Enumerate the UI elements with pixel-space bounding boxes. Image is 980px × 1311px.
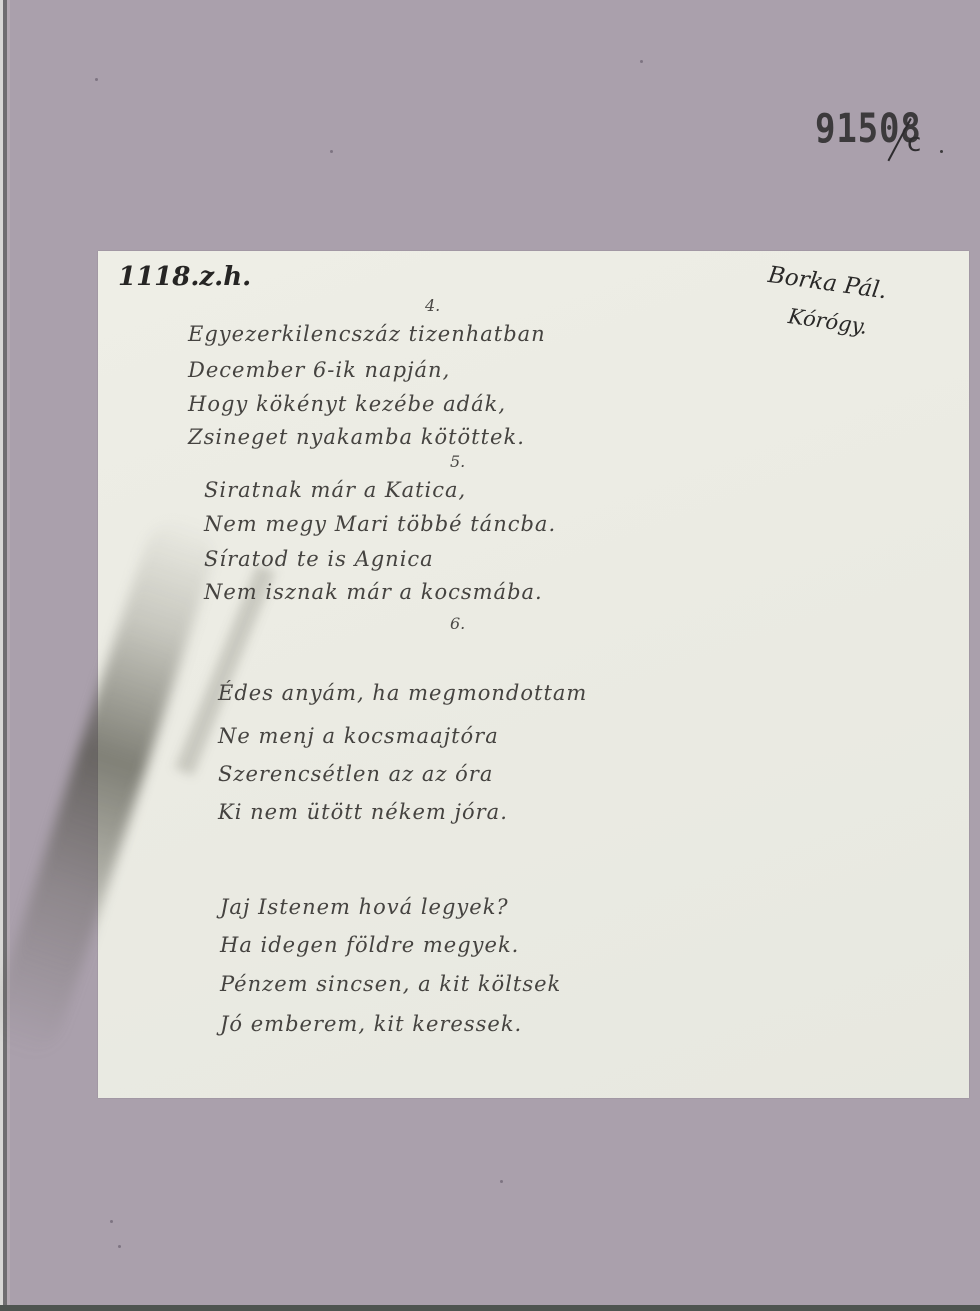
verse-line: Jaj Istenem hová legyek? xyxy=(220,895,509,919)
paper-speck xyxy=(330,150,333,153)
paper-speck xyxy=(500,1180,503,1183)
collection-reference: 1118.z.h. xyxy=(118,262,251,292)
paper-speck xyxy=(118,1245,121,1248)
stanza-number: 5. xyxy=(450,452,465,471)
verse-line: Nem isznak már a kocsmába. xyxy=(204,580,543,604)
verse-line: Ne menj a kocsmaajtóra xyxy=(218,724,499,748)
verse-line: Ha idegen földre megyek. xyxy=(220,933,519,957)
verse-line: Jó emberem, kit keressek. xyxy=(220,1012,522,1036)
stanza-number: 6. xyxy=(450,614,465,633)
verse-line: Ki nem ütött nékem jóra. xyxy=(218,800,508,824)
paper-speck xyxy=(640,60,643,63)
verse-line: Síratod te is Agnica xyxy=(204,547,434,571)
verse-line: Pénzem sincsen, a kit költsek xyxy=(220,972,561,996)
verse-line: December 6-ik napján, xyxy=(188,358,450,382)
verse-line: Szerencsétlen az az óra xyxy=(218,762,493,786)
verse-line: Nem megy Mari többé táncba. xyxy=(204,512,556,536)
verse-line: Egyezerkilencszáz tizenhatban xyxy=(188,322,546,346)
scan-edge xyxy=(0,1305,980,1311)
archive-stamp-suffix: c xyxy=(907,128,921,158)
stanza-number: 4. xyxy=(425,296,440,315)
paper-speck xyxy=(940,150,943,153)
verse-line: Siratnak már a Katica, xyxy=(204,478,466,502)
verse-line: Zsineget nyakamba kötöttek. xyxy=(188,425,525,449)
paper-speck xyxy=(110,1220,113,1223)
paper-speck xyxy=(95,78,98,81)
verse-line: Édes anyám, ha megmondottam xyxy=(218,681,587,705)
verse-line: Hogy kökényt kezébe adák, xyxy=(188,392,506,416)
